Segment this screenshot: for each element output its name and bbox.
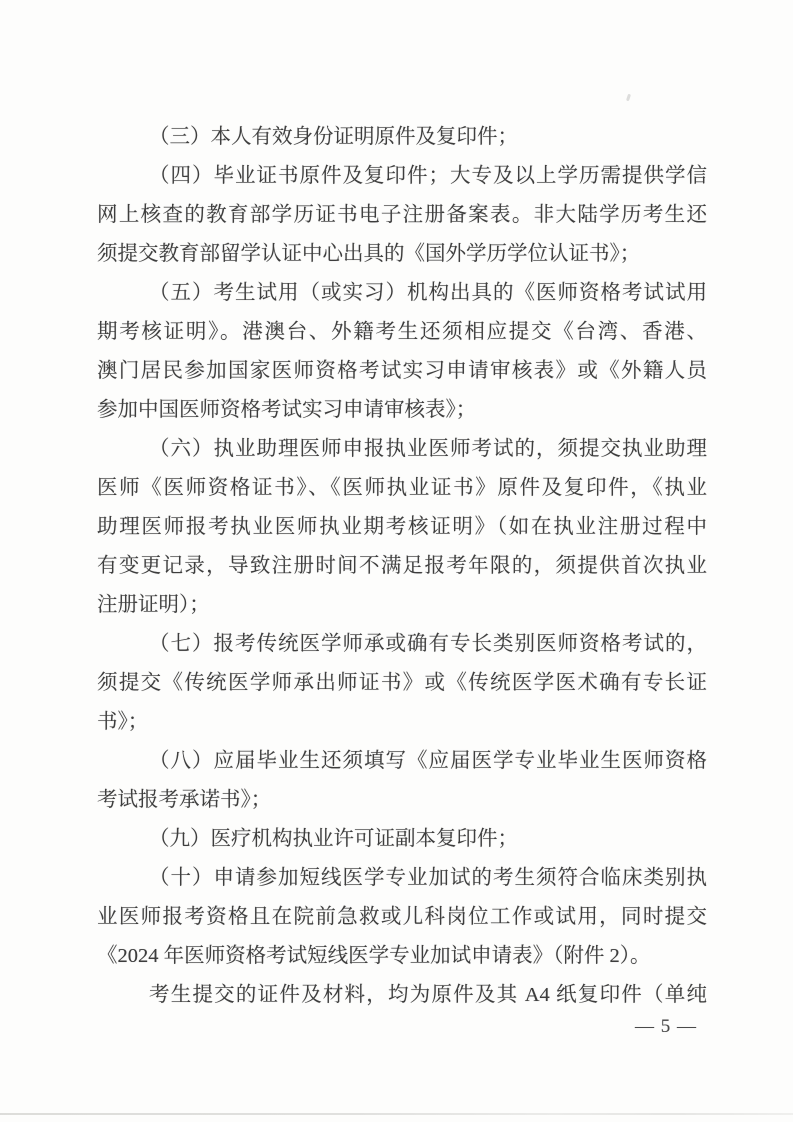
text-line: （四）毕业证书原件及复印件；大专及以上学历需提供学信 xyxy=(97,157,707,196)
text-line: （五）考生试用（或实习）机构出具的《医师资格考试试用 xyxy=(97,274,707,313)
text-line: 医师《医师资格证书》、《医师执业证书》原件及复印件，《执业 xyxy=(97,469,707,508)
text-line: 注册证明）； xyxy=(97,586,707,625)
text-line: 有变更记录，导致注册时间不满足报考年限的，须提供首次执业 xyxy=(97,547,707,586)
text-line: 须提交《传统医学师承出师证书》或《传统医学医术确有专长证 xyxy=(97,664,707,703)
scan-noise-speck xyxy=(626,94,631,102)
text-line: （九）医疗机构执业许可证副本复印件； xyxy=(97,820,707,859)
text-line: 网上核查的教育部学历证书电子注册备案表。非大陆学历考生还 xyxy=(97,196,707,235)
text-line: （六）执业助理医师申报执业医师考试的，须提交执业助理 xyxy=(97,430,707,469)
text-line: 助理医师报考执业医师执业期考核证明》（如在执业注册过程中 xyxy=(97,508,707,547)
document-page: （三）本人有效身份证明原件及复印件； （四）毕业证书原件及复印件；大专及以上学历… xyxy=(0,0,793,1122)
text-line: （十）申请参加短线医学专业加试的考生须符合临床类别执 xyxy=(97,859,707,898)
page-number: — 5 — xyxy=(635,1016,697,1038)
text-line: 业医师报考资格且在院前急救或儿科岗位工作或试用，同时提交 xyxy=(97,898,707,937)
scan-edge-shadow xyxy=(0,1113,793,1115)
text-line: 期考核证明》。港澳台、外籍考生还须相应提交《台湾、香港、 xyxy=(97,313,707,352)
text-line: 考试报考承诺书》； xyxy=(97,781,707,820)
text-line: 须提交教育部留学认证中心出具的《国外学历学位认证书》； xyxy=(97,235,707,274)
text-line: （七）报考传统医学师承或确有专长类别医师资格考试的， xyxy=(97,625,707,664)
text-line: 澳门居民参加国家医师资格考试实习申请审核表》或《外籍人员 xyxy=(97,352,707,391)
text-line: 《2024 年医师资格考试短线医学专业加试申请表》（附件 2）。 xyxy=(97,937,707,976)
text-line: （三）本人有效身份证明原件及复印件； xyxy=(97,118,707,157)
document-body: （三）本人有效身份证明原件及复印件； （四）毕业证书原件及复印件；大专及以上学历… xyxy=(97,118,707,1015)
text-line: 参加中国医师资格考试实习申请审核表》； xyxy=(97,391,707,430)
text-line: 考生提交的证件及材料，均为原件及其 A4 纸复印件（单纯 xyxy=(97,976,707,1015)
text-line: 书》； xyxy=(97,703,707,742)
text-line: （八）应届毕业生还须填写《应届医学专业毕业生医师资格 xyxy=(97,742,707,781)
